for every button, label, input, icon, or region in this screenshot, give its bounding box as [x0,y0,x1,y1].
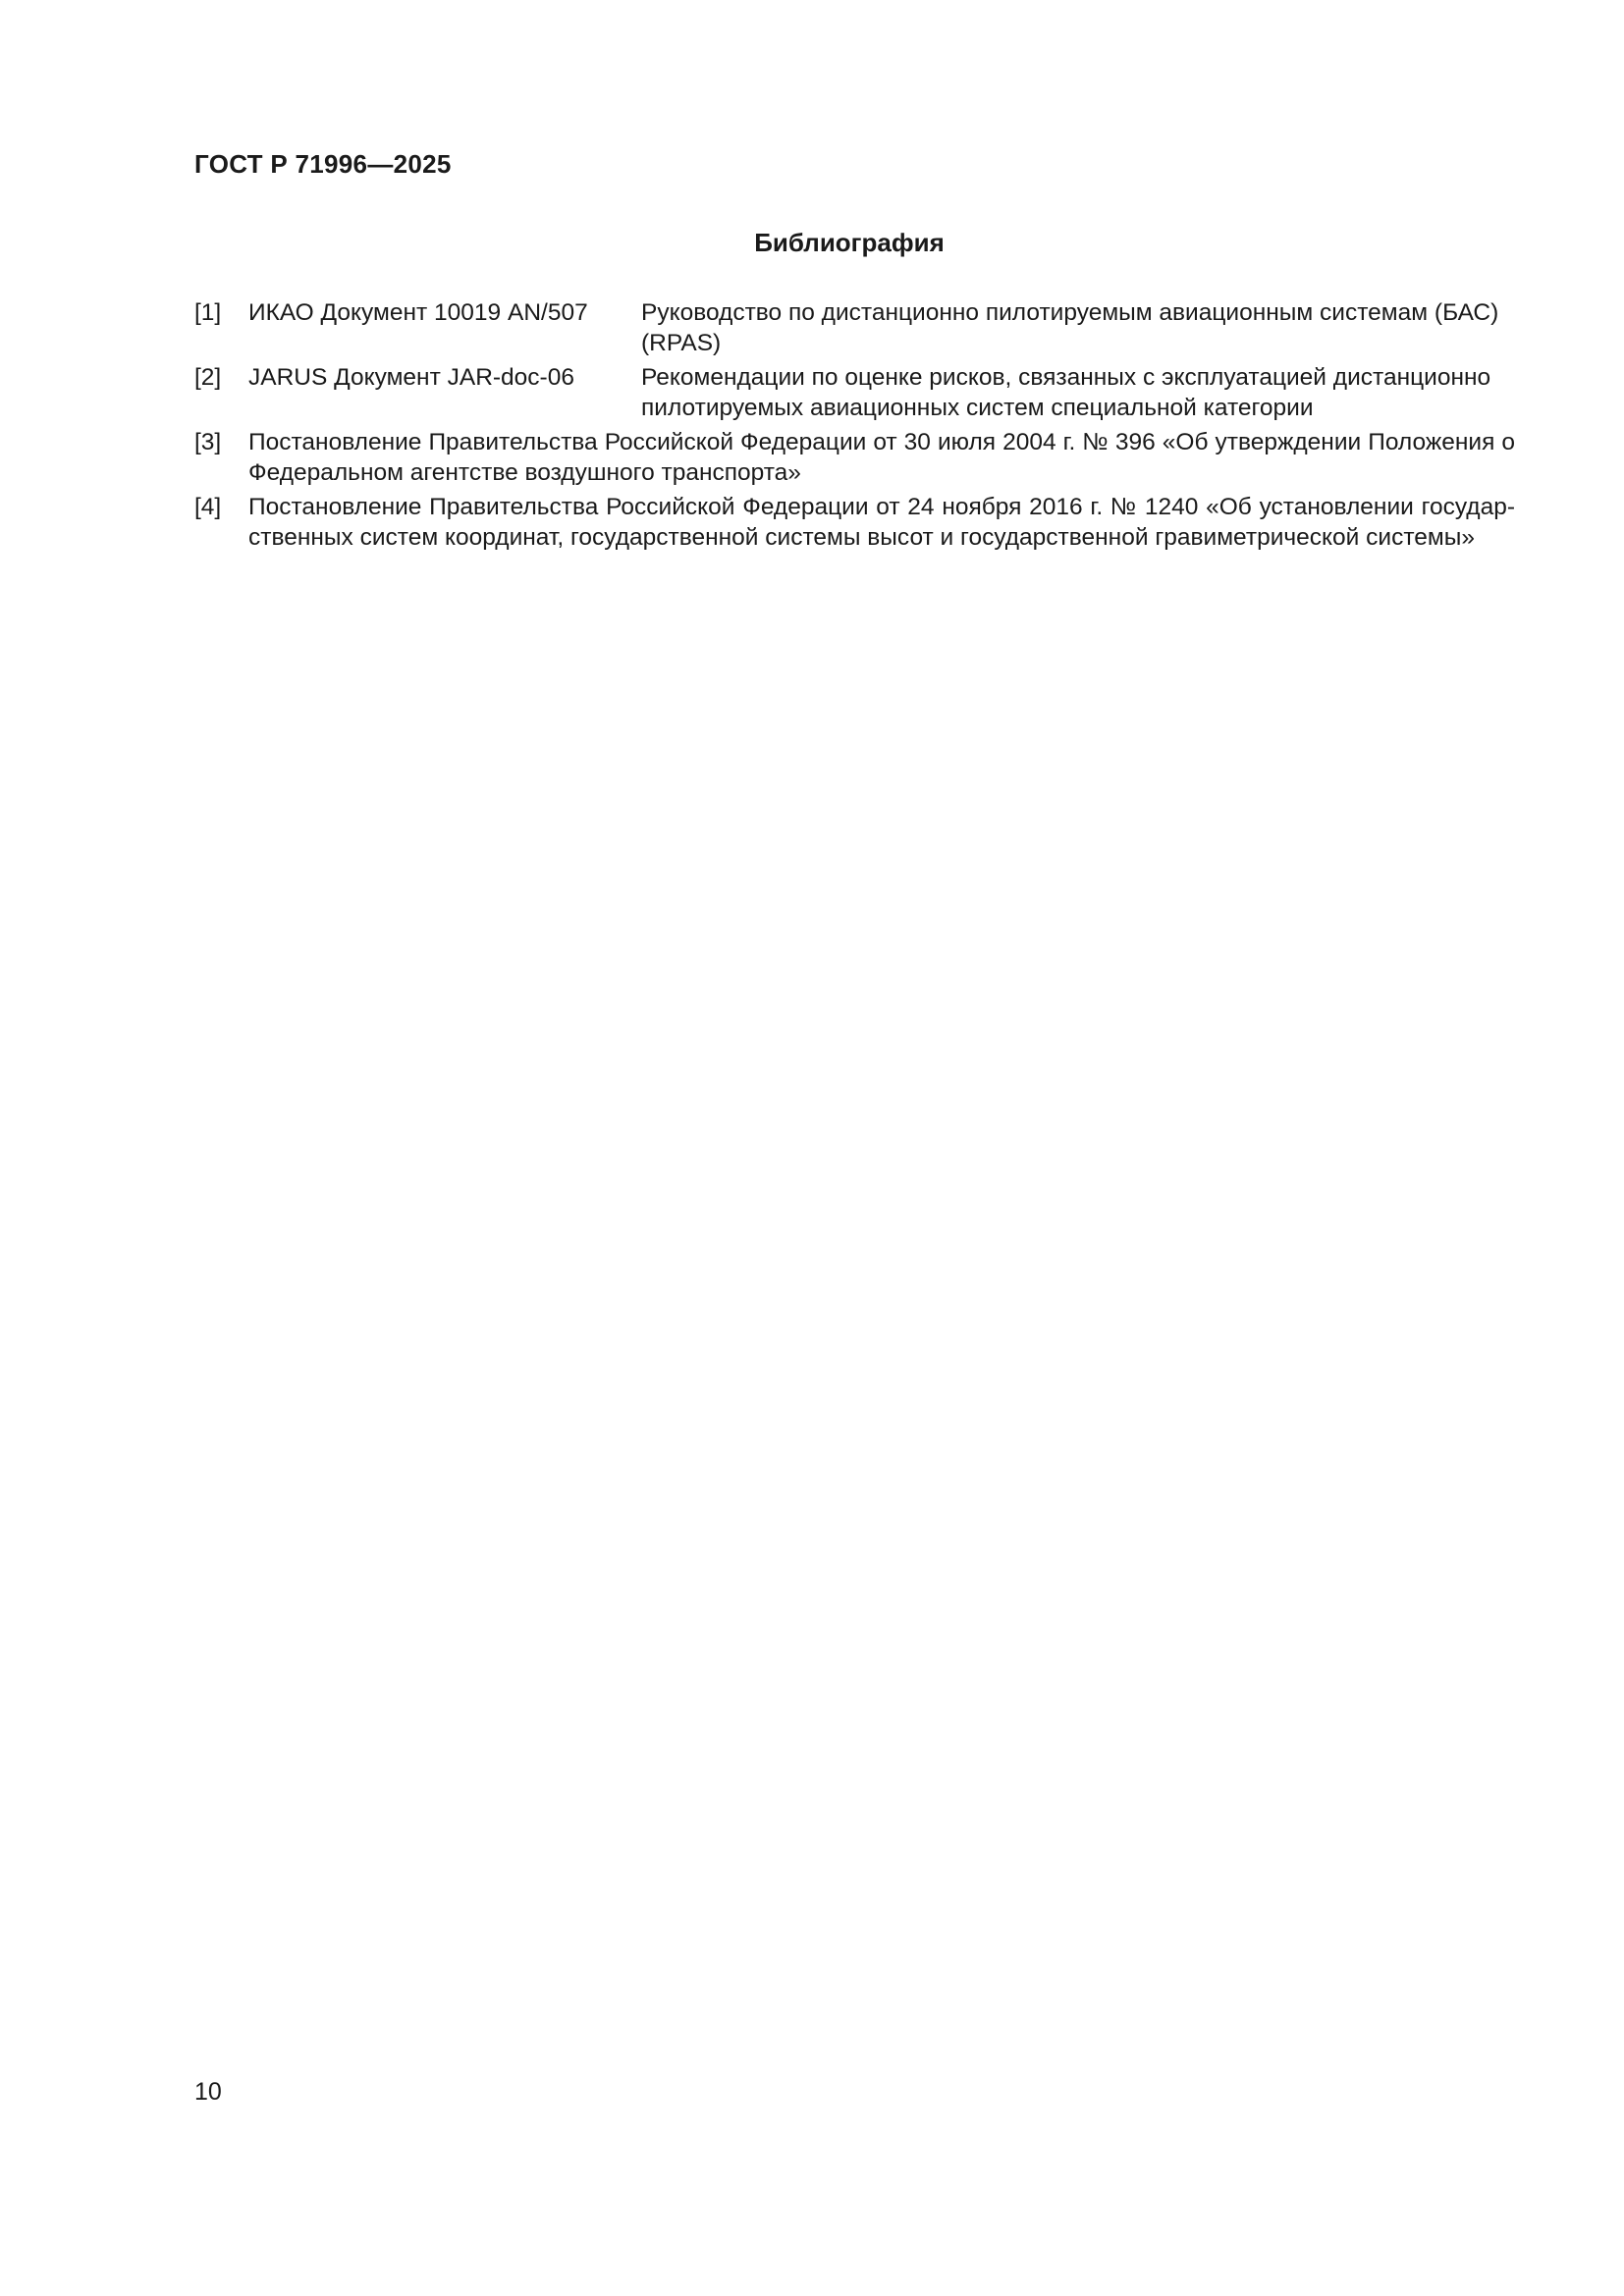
document-code: ГОСТ Р 71996—2025 [194,149,452,180]
entry-number: [1] [194,297,221,328]
bibliography-entry-3: [3] Постановление Правительства Российск… [194,427,1515,488]
entry-description: Рекомендации по оценке рисков, связанных… [641,362,1515,423]
entry-number: [2] [194,362,221,393]
bibliography-entry-4: [4] Постановление Правительства Российск… [194,492,1515,553]
entry-reference: ИКАО Документ 10019 AN/507 [248,297,588,328]
bibliography-list: [1] ИКАО Документ 10019 AN/507 Руководст… [194,297,1515,557]
page-number: 10 [194,2078,222,2107]
section-title: Библиография [0,228,1624,258]
entry-description: Руководство по дистанционно пилотируемым… [641,297,1515,358]
entry-number: [3] [194,427,221,457]
bibliography-entry-2: [2] JARUS Документ JAR-doc-06 Рекомендац… [194,362,1515,423]
entry-description: Постановление Правительства Российской Ф… [248,427,1515,488]
entry-number: [4] [194,492,221,522]
bibliography-entry-1: [1] ИКАО Документ 10019 AN/507 Руководст… [194,297,1515,358]
entry-description: Постановление Правительства Российской Ф… [248,492,1515,553]
entry-reference: JARUS Документ JAR-doc-06 [248,362,574,393]
